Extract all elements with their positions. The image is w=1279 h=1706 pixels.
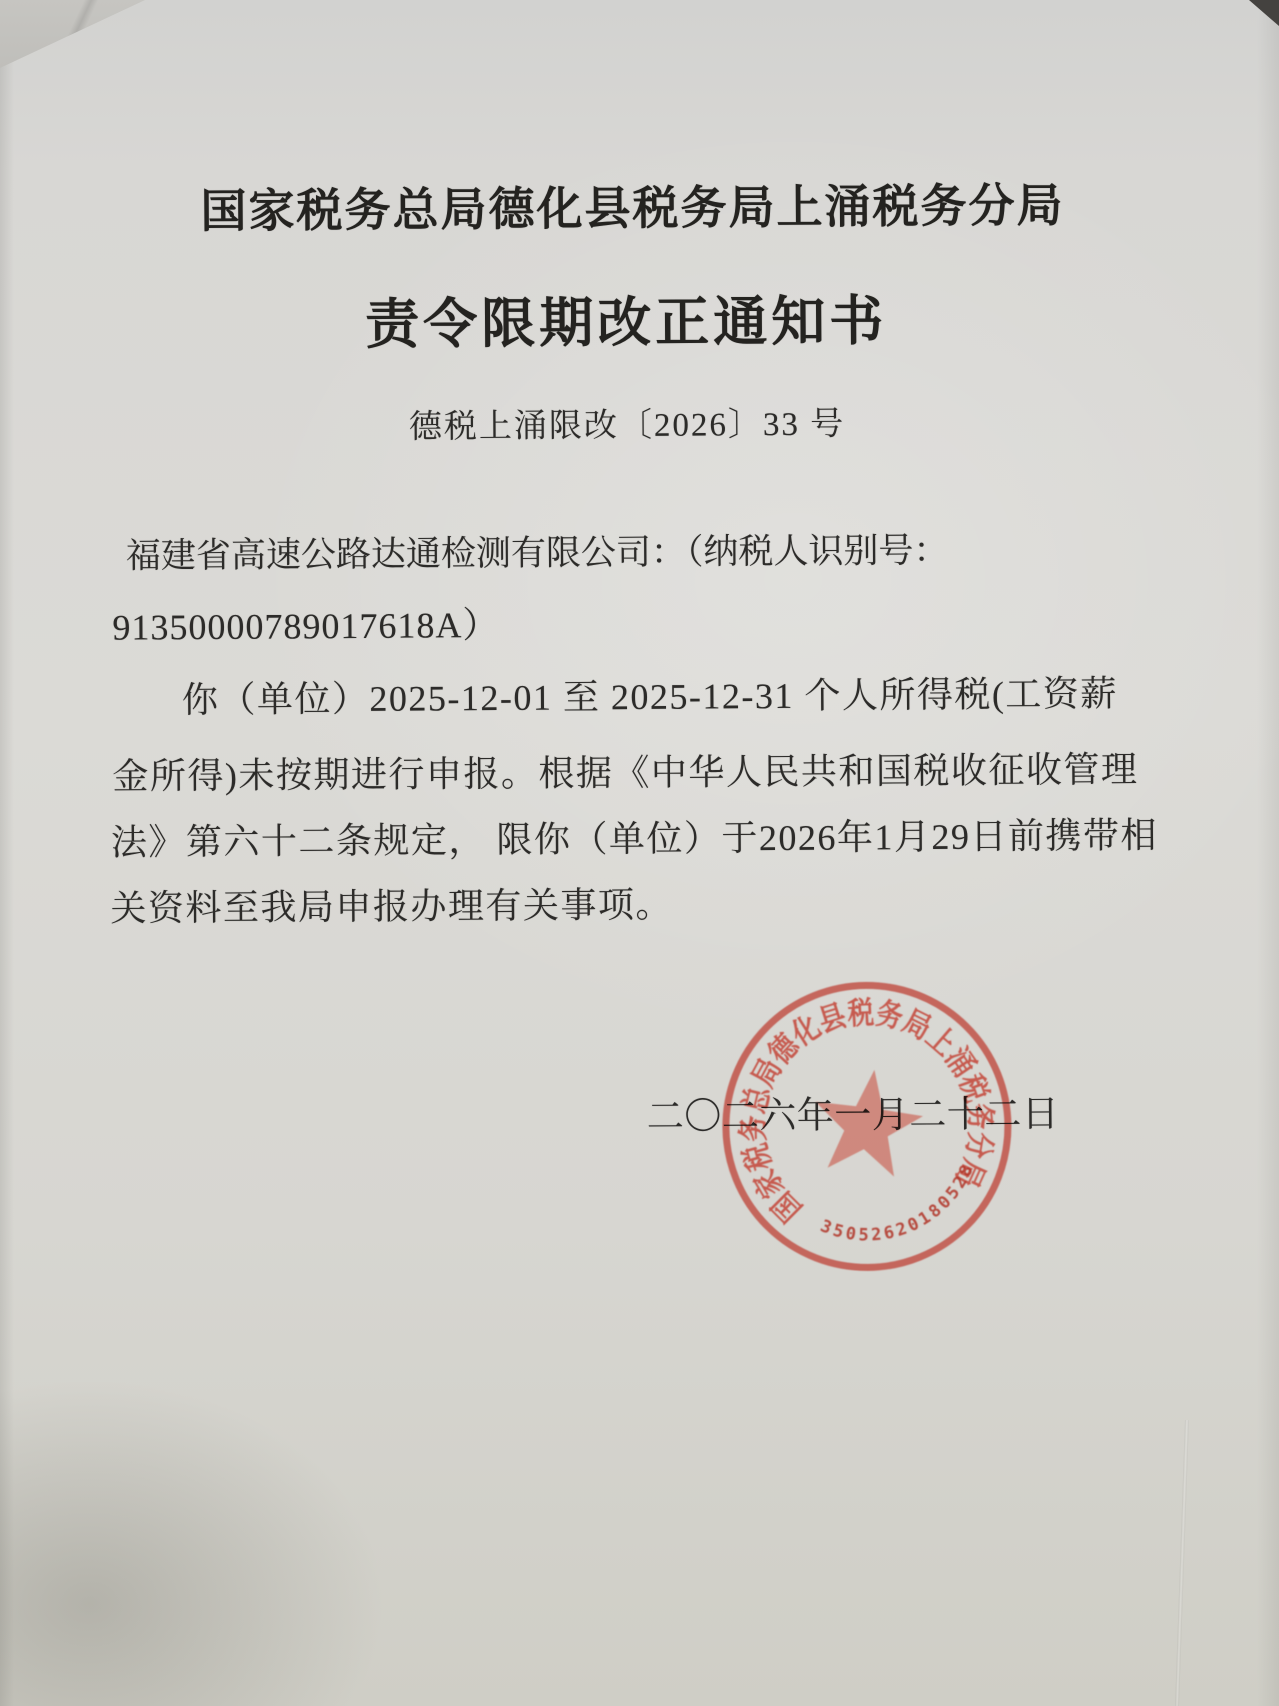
official-seal: 国家税务总局德化县税务局上涌税务分局 35052620180528 <box>716 975 1018 1277</box>
document-page: 国家税务总局德化县税务局上涌税务分局 责令限期改正通知书 德税上涌限改〔2026… <box>0 0 1279 1706</box>
page-title: 责令限期改正通知书 <box>365 294 887 352</box>
document-number: 德税上涌限改〔2026〕33 号 <box>409 409 845 445</box>
body-line: 关资料至我局申报办理有关事项。 <box>110 887 673 927</box>
body-line: 你（单位）2025-12-01 至 2025-12-31 个人所得税(工资薪 <box>182 676 1118 719</box>
recipient-line: 福建省高速公路达通检测有限公司：（纳税人识别号： <box>126 533 949 574</box>
seal-star-icon <box>807 1063 928 1180</box>
taxpayer-id: 91350000789017618A） <box>112 607 499 646</box>
body-line: 法》第六十二条规定， 限你（单位）于2026年1月29日前携带相 <box>111 817 1158 860</box>
body-line: 金所得)未按期进行申报。根据《中华人民共和国税收征收管理 <box>112 752 1138 795</box>
document-content: 国家税务总局德化县税务局上涌税务分局 责令限期改正通知书 德税上涌限改〔2026… <box>0 0 1279 1706</box>
agency-title: 国家税务总局德化县税务局上涌税务分局 <box>200 183 1064 235</box>
